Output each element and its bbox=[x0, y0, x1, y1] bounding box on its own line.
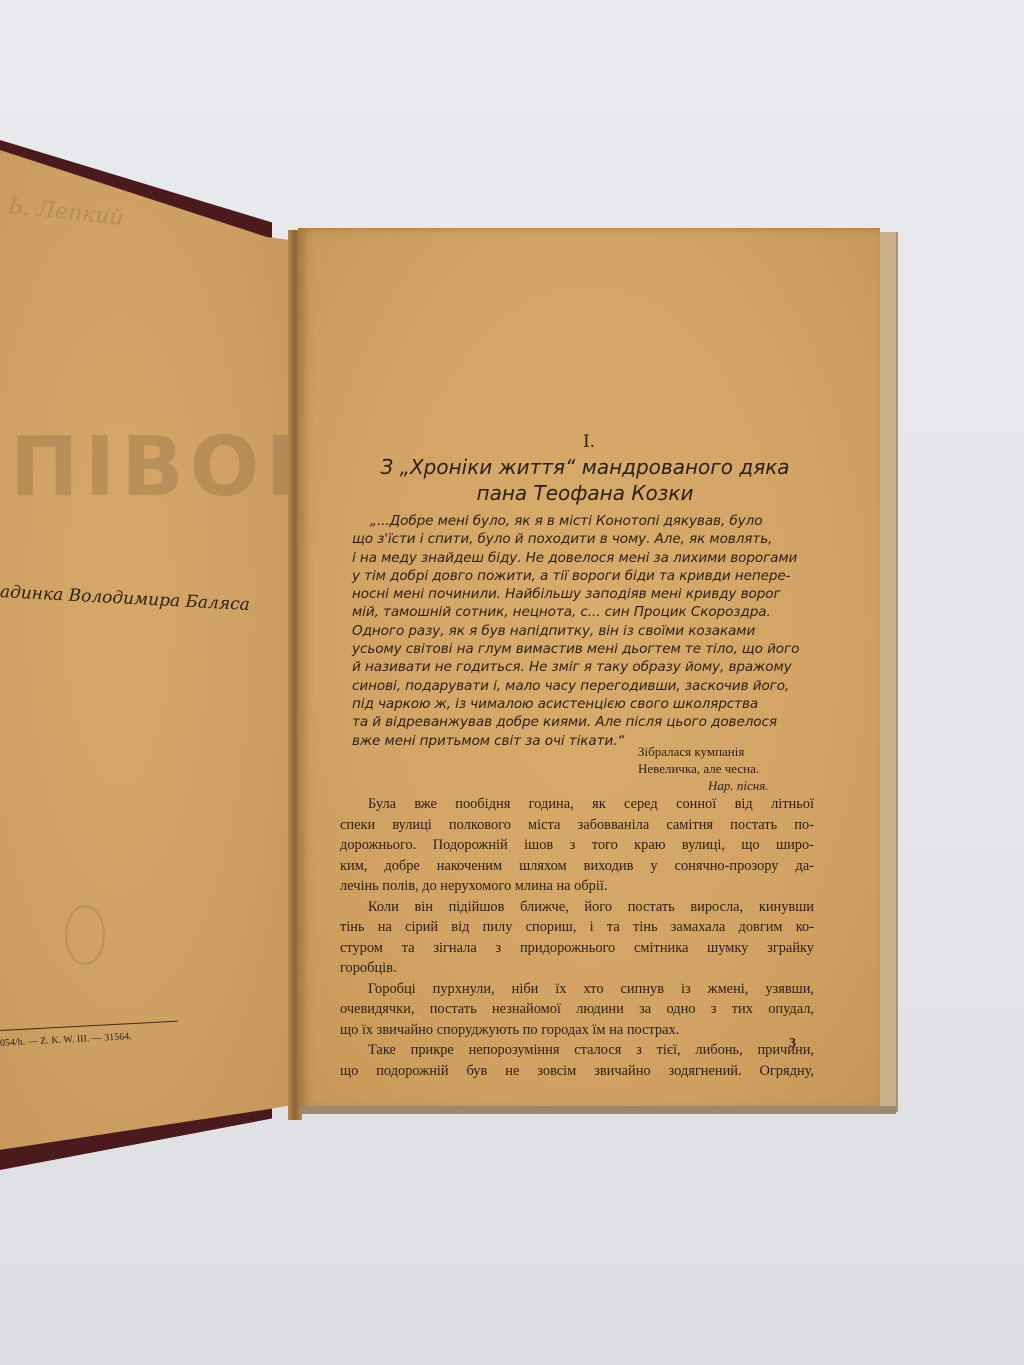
ghost-title-text: ПІВОР bbox=[10, 420, 331, 515]
verse-epigraph: Зібралася кумпанія Невеличка, але чесна. bbox=[638, 744, 759, 777]
chapter-title-line: З „Хроніки життя“ мандрованого дяка bbox=[340, 454, 830, 480]
body-line: стуром та зігнала з придорожнього смітни… bbox=[340, 938, 814, 959]
ghost-author-text: Ь. Лепкий bbox=[7, 194, 125, 231]
quote-line: Одного разу, як я був напідпитку, він із… bbox=[352, 622, 822, 640]
page-number: 3 bbox=[789, 1036, 796, 1052]
body-line: Була вже пообідня година, як серед сонно… bbox=[340, 794, 814, 815]
quote-line: „...Добре мені було, як я в місті Коното… bbox=[352, 512, 822, 530]
body-line: спеки вулиці полкового міста забовваніла… bbox=[340, 815, 814, 836]
body-line: дорожнього. Подорожній ішов з того краю … bbox=[340, 835, 814, 856]
quote-line: мій, тамошній сотник, нецнота, с... син … bbox=[352, 603, 822, 621]
left-page: Ь. Лепкий ПІВОР bbox=[0, 150, 296, 1160]
ghost-emblem-icon bbox=[65, 905, 105, 965]
quote-line: у тім добрі довго пожити, а тії вороги б… bbox=[352, 567, 822, 585]
body-text: Була вже пообідня година, як серед сонно… bbox=[340, 794, 814, 1081]
quote-line: і на меду знайдеш біду. Не довелося мені… bbox=[352, 549, 822, 567]
body-line: що їх звичайно споруджують по городах їм… bbox=[340, 1020, 814, 1041]
verse-source: Нар. пісня. bbox=[708, 778, 769, 794]
body-line: що подорожній був не зовсім звичайно зод… bbox=[340, 1061, 814, 1082]
quote-line: носні мені починили. Найбільшу заподіяв … bbox=[352, 585, 822, 603]
body-line: лечінь полів, до нерухомого млина на обр… bbox=[340, 876, 814, 897]
body-line: Горобці пурхнули, ніби їх хто сипнув із … bbox=[340, 979, 814, 1000]
body-line: ким, добре накоченим шляхом виходив у со… bbox=[340, 856, 814, 877]
body-line: горобців. bbox=[340, 958, 814, 979]
chapter-title: З „Хроніки життя“ мандрованого дяка пана… bbox=[340, 454, 830, 506]
right-page-bottom-edge bbox=[300, 1106, 896, 1114]
quote-line: що з'їсти і спити, було й походити в чом… bbox=[352, 530, 822, 548]
body-line: Таке прикре непорозуміння сталося з тієї… bbox=[340, 1040, 814, 1061]
chapter-title-line: пана Теофана Козки bbox=[340, 480, 830, 506]
body-line: очевидячки, постать незнайомої людини за… bbox=[340, 999, 814, 1020]
body-line: Коли він підійшов ближче, його постать в… bbox=[340, 897, 814, 918]
quote-line: усьому світові на глум вимастив мені дьо… bbox=[352, 640, 822, 658]
body-line: тінь на сірий від пилу спориш, і та тінь… bbox=[340, 917, 814, 938]
epigraph-quote: „...Добре мені було, як я в місті Коното… bbox=[352, 512, 822, 750]
quote-line: під чаркою ж, із чималою асистенцією сво… bbox=[352, 695, 822, 713]
verse-line: Зібралася кумпанія bbox=[638, 744, 759, 761]
quote-line: синові, подарувати і, мало часу перегоди… bbox=[352, 677, 822, 695]
chapter-number: I. bbox=[298, 432, 880, 452]
verse-line: Невеличка, але чесна. bbox=[638, 761, 759, 778]
quote-line: та й відреванжував добре киями. Але післ… bbox=[352, 713, 822, 731]
quote-line: й називати не годиться. Не зміг я таку о… bbox=[352, 658, 822, 676]
